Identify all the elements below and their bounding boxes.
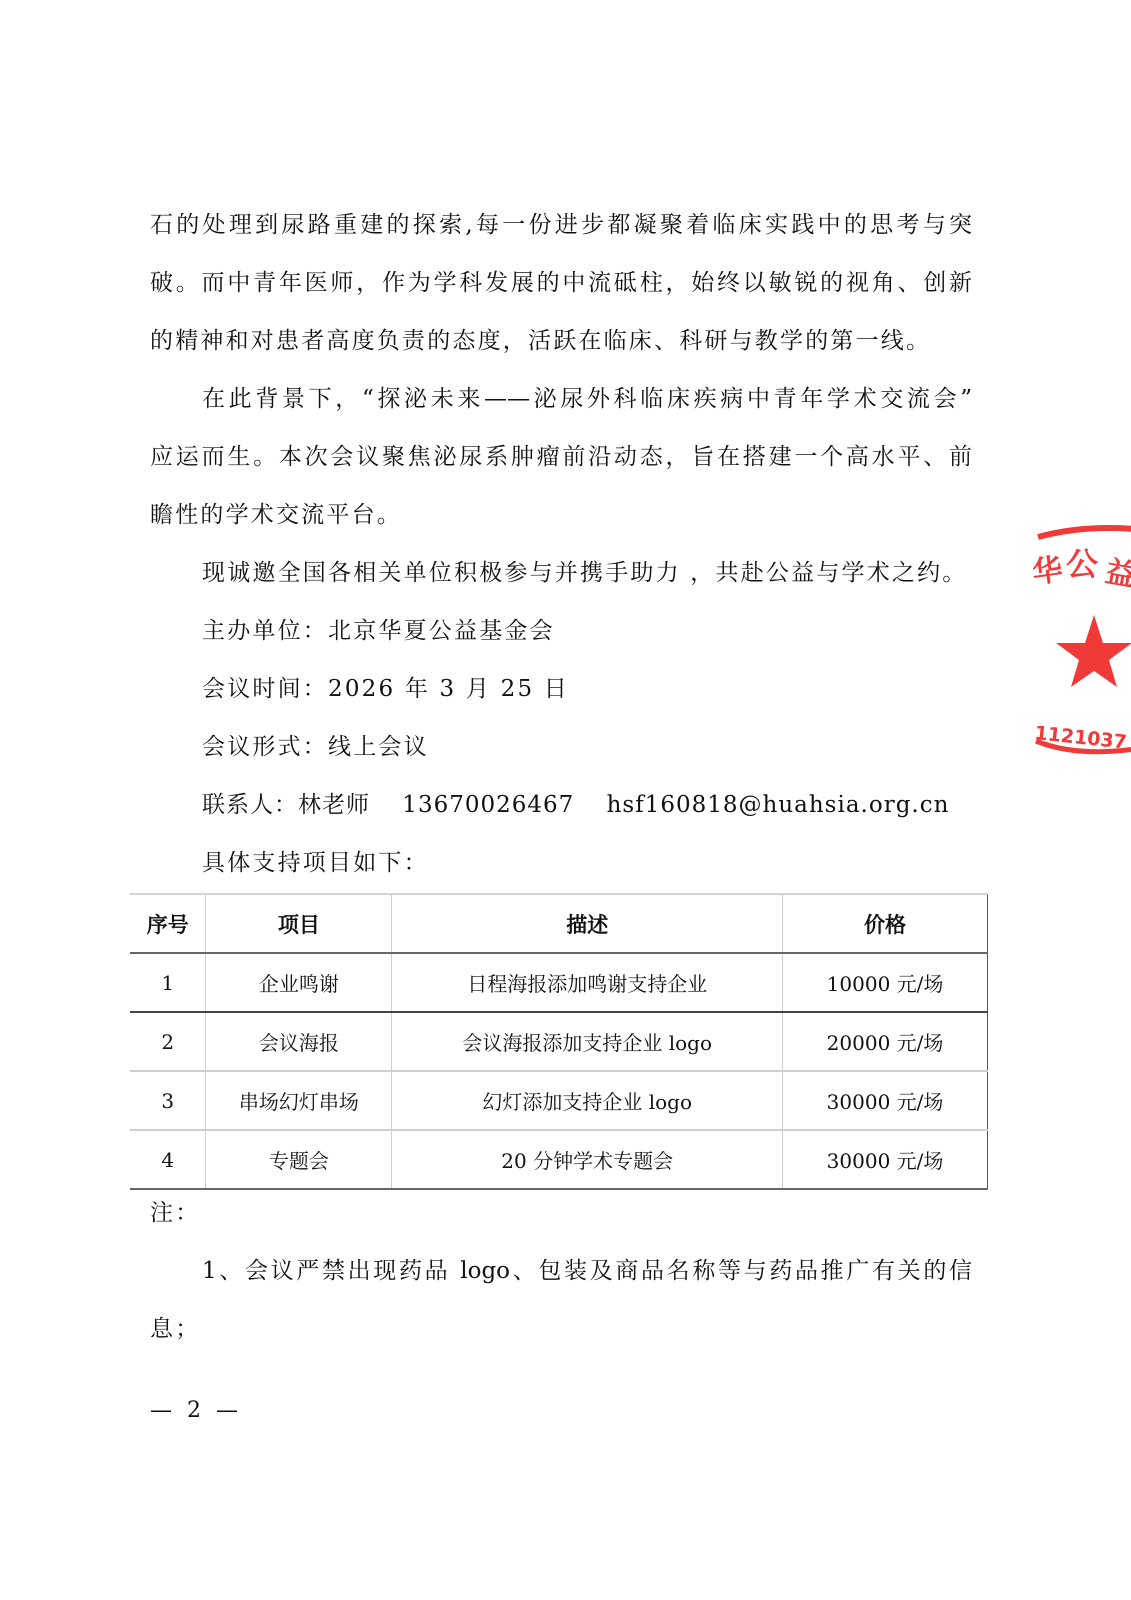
table-row: 4 专题会 20 分钟学术专题会 30000 元/场 [130, 1130, 988, 1189]
meeting-time-text: 会议时间：2026 年 3 月 25 日 [202, 674, 569, 704]
paragraph-2-line-1: 在此背景下，“探泌未来——泌尿外科临床疾病中青年学术交流会” [202, 384, 972, 414]
svg-text:公: 公 [1066, 545, 1098, 583]
paragraph-2-line-2: 应运而生。本次会议聚焦泌尿系肿瘤前沿动态，旨在搭建一个高水平、前 [150, 442, 972, 472]
items-intro-text: 具体支持项目如下： [202, 848, 429, 878]
seal-stamp-icon: 华 公 益 1121037 [1020, 515, 1131, 755]
cell-no: 2 [130, 1012, 206, 1071]
paragraph-1-line-1: 石的处理到尿路重建的探索,每一份进步都凝聚着临床实践中的思考与突 [150, 210, 972, 240]
cell-desc: 日程海报添加鸣谢支持企业 [392, 953, 783, 1012]
cell-item: 串场幻灯串场 [206, 1071, 392, 1130]
paragraph-1-line-2: 破。而中青年医师，作为学科发展的中流砥柱，始终以敏锐的视角、创新 [150, 268, 972, 298]
meeting-format-text: 会议形式：线上会议 [202, 732, 429, 762]
header-item: 项目 [206, 894, 392, 953]
cell-item: 专题会 [206, 1130, 392, 1189]
cell-price: 30000 元/场 [783, 1071, 988, 1130]
note-1-line-1: 1、会议严禁出现药品 logo、包装及商品名称等与药品推广有关的信 [202, 1256, 972, 1286]
cell-price: 30000 元/场 [783, 1130, 988, 1189]
cell-price: 10000 元/场 [783, 953, 988, 1012]
cell-desc: 会议海报添加支持企业 logo [392, 1012, 783, 1071]
table-header-row: 序号 项目 描述 价格 [130, 894, 988, 953]
contact-text: 联系人：林老师 13670026467 hsf160818@huahsia.or… [202, 790, 949, 820]
table-row: 2 会议海报 会议海报添加支持企业 logo 20000 元/场 [130, 1012, 988, 1071]
organizer-text: 主办单位：北京华夏公益基金会 [202, 616, 555, 646]
paragraph-2-line-3: 瞻性的学术交流平台。 [150, 500, 402, 530]
note-1-line-2: 息； [150, 1314, 200, 1344]
header-desc: 描述 [392, 894, 783, 953]
svg-text:益: 益 [1103, 554, 1131, 594]
page-number: — 2 — [150, 1398, 242, 1423]
cell-no: 1 [130, 953, 206, 1012]
seal-star-icon [1056, 615, 1131, 687]
notes-label: 注： [150, 1198, 200, 1228]
header-no: 序号 [130, 894, 206, 953]
paragraph-1-line-3: 的精神和对患者高度负责的态度，活跃在临床、科研与教学的第一线。 [150, 326, 931, 356]
cell-desc: 幻灯添加支持企业 logo [392, 1071, 783, 1130]
cell-item: 企业鸣谢 [206, 953, 392, 1012]
cell-no: 4 [130, 1130, 206, 1189]
table-row: 1 企业鸣谢 日程海报添加鸣谢支持企业 10000 元/场 [130, 953, 988, 1012]
support-items-table: 序号 项目 描述 价格 1 企业鸣谢 日程海报添加鸣谢支持企业 10000 元/… [130, 893, 988, 1190]
invitation-text: 现诚邀全国各相关单位积极参与并携手助力 ，共赴公益与学术之约。 [202, 558, 968, 588]
header-price: 价格 [783, 894, 988, 953]
cell-desc: 20 分钟学术专题会 [392, 1130, 783, 1189]
seal-text-top: 华 [1030, 552, 1065, 591]
cell-item: 会议海报 [206, 1012, 392, 1071]
cell-price: 20000 元/场 [783, 1012, 988, 1071]
official-seal: 华 公 益 1121037 [1020, 515, 1131, 755]
cell-no: 3 [130, 1071, 206, 1130]
table-row: 3 串场幻灯串场 幻灯添加支持企业 logo 30000 元/场 [130, 1071, 988, 1130]
